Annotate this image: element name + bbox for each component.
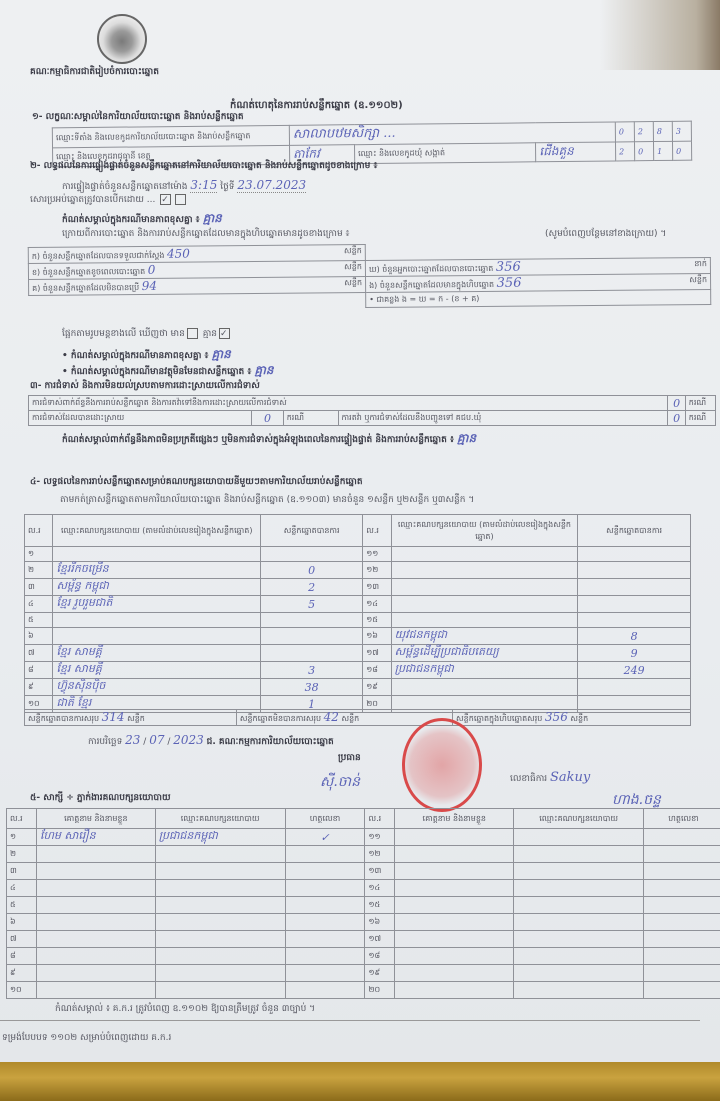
row-no: ៨: [25, 662, 53, 679]
party-name: ប្រជាជនកម្ពុជា: [391, 662, 578, 679]
witness-name: [36, 863, 155, 880]
witness-party: [155, 982, 285, 999]
chair-label: ប្រធាន: [338, 752, 361, 765]
location-code-digit: 3: [672, 121, 691, 141]
witness-name: [36, 931, 155, 948]
party-votes: 8: [578, 628, 691, 645]
seal-checkbox-no[interactable]: [175, 194, 186, 205]
witness-party: [155, 880, 285, 897]
row-no: ២: [25, 562, 53, 579]
witness-party: [155, 965, 285, 982]
seal-line: សោរប្រអប់ឆ្នោតត្រូវបានបើកដោយ ... ✓: [30, 194, 188, 207]
witness-signature: [644, 914, 720, 931]
witness-name: [395, 897, 514, 914]
witness-name: [395, 982, 514, 999]
row-no: ១៦: [363, 628, 391, 645]
table-row: ៧ខ្មែរ សាមគ្គី១៧សម្ព័ន្ធដើម្បីប្រជាធិបតេ…: [25, 645, 691, 662]
witness-party: [155, 897, 285, 914]
witness-signature: [285, 931, 365, 948]
party-votes: [578, 562, 691, 579]
section1-title: ១- លក្ខណៈសម្គាល់នៃការិយាល័យបោះឆ្នោត និងរ…: [32, 111, 244, 124]
total-valid: សន្លឹកឆ្នោតបានការសរុប 314 សន្លឹក: [25, 710, 237, 726]
col-party: ឈ្មោះគណបក្សនយោបាយ: [514, 809, 644, 829]
row-no: ៥: [25, 613, 53, 628]
party-votes: [578, 547, 691, 562]
col-no: ល.រ: [363, 515, 391, 547]
row-no: ១៥: [365, 897, 395, 914]
objection-row1-label: ការជំទាស់ពាក់ព័ន្ធនឹងការរាប់សន្លឹកឆ្នោត …: [29, 396, 668, 411]
party-votes: 9: [578, 645, 691, 662]
col-no: ល.រ: [25, 515, 53, 547]
witness-name: [36, 965, 155, 982]
divider: [0, 1020, 700, 1021]
witness-signature: [644, 846, 720, 863]
secretary-line: លេខាធិការ Sakuy: [510, 770, 590, 786]
witness-signature: [644, 965, 720, 982]
row-no: ៧: [25, 645, 53, 662]
section5-footnote: កំណត់សម្គាល់ ៖ គ.ក.រ ត្រូវបំពេញ ឧ.១១០២ ឱ…: [55, 1003, 315, 1016]
witness-name: [36, 982, 155, 999]
verify-date: 23.07.2023: [237, 178, 306, 193]
row-no: ១៨: [365, 948, 395, 965]
table-row: ១០២០: [7, 982, 720, 999]
row-no: ១៧: [363, 645, 391, 662]
row-no: ១២: [365, 846, 395, 863]
commune-code-digit: 1: [653, 141, 672, 160]
col-name: គោត្តនាម និងនាមខ្លួន: [395, 809, 514, 829]
col-no: ល.រ: [365, 809, 395, 829]
section4-title: ៤- លទ្ធផលនៃការរាប់សន្លឹកឆ្នោតសម្រាប់គណបក…: [30, 476, 363, 489]
note-value: គ្មាន: [203, 211, 222, 225]
row-no: ១៦: [365, 914, 395, 931]
objection-row2-label: ការជំទាស់ដែលបានដោះស្រាយ: [29, 411, 252, 426]
compare-no-checkbox[interactable]: ✓: [219, 328, 230, 339]
row-no: ១១: [363, 547, 391, 562]
row-no: ១៩: [363, 679, 391, 696]
witness-signature: [644, 863, 720, 880]
witness-signature: [285, 965, 365, 982]
document-page: គណៈកម្មាធិការជាតិរៀបចំការបោះឆ្នោត កំណត់ហ…: [0, 0, 720, 1065]
row-no: ១: [25, 547, 53, 562]
witness-signature: [285, 914, 365, 931]
totals-table: សន្លឹកឆ្នោតបានការសរុប 314 សន្លឹក សន្លឹកឆ…: [24, 709, 691, 726]
committee-name: គណៈកម្មាធិការជាតិរៀបចំការបោះឆ្នោត: [30, 66, 159, 79]
witness-signature: [644, 948, 720, 965]
col-party: ឈ្មោះគណបក្សនយោបាយ (តាមលំដាប់លេខរៀងក្នុងស…: [53, 515, 261, 547]
witness-signature: [285, 880, 365, 897]
bullet2: • កំណត់សម្គាល់ក្នុងករណីមានវត្ថុមិនមែនជាស…: [62, 362, 274, 380]
table-row: ៩១៩: [7, 965, 720, 982]
party-name: [53, 547, 261, 562]
row-no: ៦: [7, 914, 37, 931]
section5-title: ៥- សាក្សី ÷ ភ្នាក់ងារគណបក្សនយោបាយ: [30, 792, 171, 805]
party-name: [391, 596, 578, 613]
witness-party: [514, 846, 644, 863]
row-no: ៦: [25, 628, 53, 645]
witness-party: [514, 965, 644, 982]
row-no: ១១: [365, 829, 395, 846]
objection-row2b-unit: ករណី: [685, 411, 715, 426]
seal-label: សោរប្រអប់ឆ្នោតត្រូវបានបើកដោយ ...: [30, 195, 155, 205]
table-row: ៥១៥: [7, 897, 720, 914]
witness-name: [36, 914, 155, 931]
witness-party: [514, 982, 644, 999]
witness-party: [514, 863, 644, 880]
table-row: ១១១: [25, 547, 691, 562]
col-party: ឈ្មោះគណបក្សនយោបាយ: [155, 809, 285, 829]
party-name: [391, 547, 578, 562]
table-row: ៦១៦: [7, 914, 720, 931]
col-sign: ហត្ថលេខា: [285, 809, 365, 829]
witness-name: [395, 914, 514, 931]
commune-label: ឈ្មោះ និងលេខកូដឃុំ សង្កាត់: [355, 143, 536, 164]
witness-name: [36, 846, 155, 863]
table-row: ៦១៦យុវជនកម្ពុជា8: [25, 628, 691, 645]
party-votes: 249: [578, 662, 691, 679]
party-votes: [578, 579, 691, 596]
row-no: ៧: [7, 931, 37, 948]
witness-name: ហែម សារឿន: [36, 829, 155, 846]
party-votes: 0: [261, 562, 363, 579]
party-votes: [578, 596, 691, 613]
party-votes: [261, 645, 363, 662]
row-no: ១៥: [363, 613, 391, 628]
row-no: ៥: [7, 897, 37, 914]
objection-table: ការជំទាស់ពាក់ព័ន្ធនឹងការរាប់សន្លឹកឆ្នោត …: [28, 395, 716, 426]
objection-row2-unit: ករណី: [283, 411, 338, 426]
party-name: ខ្មែររីកចម្រើន: [53, 562, 261, 579]
witness-party: [514, 914, 644, 931]
party-votes: 38: [261, 679, 363, 696]
witness-party: [155, 948, 285, 965]
form-title: កំណត់ហេតុនៃការរាប់សន្លឹកឆ្នោត (ឧ.១១០២): [230, 98, 403, 113]
row-no: ៤: [7, 880, 37, 897]
compare-yes-checkbox[interactable]: [187, 328, 198, 339]
row-no: ១: [7, 829, 37, 846]
witness-signature: [644, 829, 720, 846]
objection-row2-value: 0: [252, 411, 283, 426]
party-votes: [261, 547, 363, 562]
table-row: ១ហែម សារឿនប្រជាជនកម្ពុជា✓១១: [7, 829, 720, 846]
table-row: ៣សម្ព័ន្ធ កម្ពុជា2១៣: [25, 579, 691, 596]
province-code-digit: 2: [615, 142, 634, 161]
count-table: ក) ចំនួនសន្លឹកឆ្នោតដែលបានទទួលជាក់ស្តែង 4…: [28, 241, 712, 311]
witness-table: ល.រ គោត្តនាម និងនាមខ្លួន ឈ្មោះគណបក្សនយោប…: [6, 808, 720, 999]
witness-party: [514, 829, 644, 846]
row-no: ៨: [7, 948, 37, 965]
witness-signature: [285, 863, 365, 880]
location-code-digit: 2: [634, 122, 653, 142]
row-no: ៩: [25, 679, 53, 696]
party-name: [53, 613, 261, 628]
table-row: ៣១៣: [7, 863, 720, 880]
witness-signature: [644, 931, 720, 948]
row-no: ៣: [7, 863, 37, 880]
objection-row2b-label: ការតវ៉ា ឬការជំទាស់ដែលនឹងបញ្ជូនទៅ គជប.ឃុំ: [338, 411, 668, 426]
witness-party: [155, 846, 285, 863]
row-no: ១៨: [363, 662, 391, 679]
row-no: ១៩: [365, 965, 395, 982]
verify-time: 3:15: [190, 178, 217, 193]
col-no: ល.រ: [7, 809, 37, 829]
party-name: ខ្មែរ រួបរួមជាតិ: [53, 596, 261, 613]
formula-row: • ជាគន្លង ង = ឃ = ក - (ខ + គ): [366, 290, 711, 308]
witness-name: [395, 863, 514, 880]
party-name: សម្ព័ន្ធ កម្ពុជា: [53, 579, 261, 596]
table-surface: [0, 1062, 720, 1101]
table-row: ៩ហ៊្វុនស៊ិនប៉ិច38១៩: [25, 679, 691, 696]
party-name: សម្ព័ន្ធដើម្បីប្រជាធិបតេយ្យ: [391, 645, 578, 662]
row-no: ១៧: [365, 931, 395, 948]
table-row: ៤១៤: [7, 880, 720, 897]
witness-signature: [285, 982, 365, 999]
witness-signature: [644, 897, 720, 914]
witness-signature: [285, 897, 365, 914]
witness-party: [514, 948, 644, 965]
party-name: [391, 562, 578, 579]
witness-party: [514, 897, 644, 914]
party-votes: [578, 613, 691, 628]
table-row: ២ខ្មែររីកចម្រើន0១២: [25, 562, 691, 579]
row-no: ១៣: [363, 579, 391, 596]
party-name: [391, 613, 578, 628]
hint-text: (សូមបំពេញបន្ថែមនៅខាងក្រោយ) ។: [545, 228, 666, 241]
footer-text: ទម្រង់បែបបទ ១១០២ សម្រាប់បំពេញដោយ គ.ក.រ: [2, 1032, 171, 1045]
note-line: កំណត់សម្គាល់ក្នុងករណីមានភាពខុសគ្នា ៖ គ្ម…: [62, 210, 222, 228]
witness-party: [155, 931, 285, 948]
row-no: ២០: [365, 982, 395, 999]
row-no: ១៣: [365, 863, 395, 880]
note-label: កំណត់សម្គាល់ក្នុងករណីមានភាពខុសគ្នា ៖: [62, 215, 200, 225]
witness-name: [395, 829, 514, 846]
objection-row1-unit: ករណី: [685, 396, 715, 411]
witness-party: [155, 863, 285, 880]
party-votes: [578, 679, 691, 696]
chair-signature: ស៊ី.ចាន់: [320, 772, 360, 793]
witness-name: [395, 880, 514, 897]
total-invalid: សន្លឹកឆ្នោតមិនបានការសរុប 42 សន្លឹក: [236, 710, 452, 726]
row-no: ១២: [363, 562, 391, 579]
compare-line: ផ្អែកតាមរូបមន្តខាងលើ ឃើញថា មាន គ្មាន✓: [62, 328, 232, 341]
witness-signature: [644, 982, 720, 999]
location-code-digit: 8: [653, 121, 672, 141]
party-votes: [261, 628, 363, 645]
party-name: ខ្មែរ សាមគ្គី: [53, 662, 261, 679]
col-party: ឈ្មោះគណបក្សនយោបាយ (តាមលំដាប់លេខរៀងក្នុងស…: [391, 515, 578, 547]
verify-line: ការផ្ទៀងផ្ទាត់ចំនួនសន្លឹកឆ្នោតនៅម៉ោង 3:1…: [62, 178, 306, 194]
row-no: ១៤: [363, 596, 391, 613]
objection-row1-value: 0: [668, 396, 685, 411]
table-row: ៧១៧: [7, 931, 720, 948]
commune-code-digit: 0: [634, 142, 653, 161]
section2-title: ២- លទ្ធផលនៃការផ្ទៀងផ្ទាត់ចំនួនសន្លឹកឆ្នោ…: [30, 160, 377, 173]
party-votes: [261, 613, 363, 628]
commune-code-digit: 0: [672, 141, 691, 160]
location-label: ឈ្មោះទីតាំង និងលេខកូដការិយាល័យបោះឆ្នោត ន…: [52, 125, 289, 147]
witness-signature: [285, 846, 365, 863]
witness-party: ប្រជាជនកម្ពុជា: [155, 829, 285, 846]
witness-name: [395, 931, 514, 948]
party-name: ខ្មែរ សាមគ្គី: [53, 645, 261, 662]
witness-party: [514, 880, 644, 897]
col-valid: សន្លឹកឆ្នោតបានការ: [578, 515, 691, 547]
row-no: ១៤: [365, 880, 395, 897]
verify-label: ការផ្ទៀងផ្ទាត់ចំនួនសន្លឹកឆ្នោតនៅម៉ោង: [62, 182, 188, 192]
total-in-box: សន្លឹកឆ្នោតក្នុងហិបឆ្នោតសរុប 356 សន្លឹក: [453, 710, 691, 726]
witness-name: [395, 965, 514, 982]
row-no: ៩: [7, 965, 37, 982]
party-name: [53, 628, 261, 645]
witness-signature: [644, 880, 720, 897]
col-sign: ហត្ថលេខា: [644, 809, 720, 829]
row-no: ១០: [7, 982, 37, 999]
verify-date-label: ថ្ងៃទី: [220, 182, 234, 192]
witness-name: [36, 880, 155, 897]
party-results-table: ល.រ ឈ្មោះគណបក្សនយោបាយ (តាមលំដាប់លេខរៀងក្…: [24, 514, 691, 713]
date-line: ការបរិច្ឆេទ 23 / 07 / 2023 ជ. គណៈកម្មការ…: [88, 733, 334, 749]
party-votes: 3: [261, 662, 363, 679]
table-row: ២១២: [7, 846, 720, 863]
row-no: ៣: [25, 579, 53, 596]
section3-title: ៣- ការជំទាស់ និងការមិនយល់ស្របតាមការដោះស្…: [30, 380, 260, 393]
party-name: យុវជនកម្ពុជា: [391, 628, 578, 645]
party-name: [391, 679, 578, 696]
objection-row2b-value: 0: [668, 411, 685, 426]
witness-name: [36, 948, 155, 965]
official-stamp-icon: [402, 718, 482, 812]
col-valid: សន្លឹកឆ្នោតបានការ: [261, 515, 363, 547]
table-row: ៤ខ្មែរ រួបរួមជាតិ5១៤: [25, 596, 691, 613]
party-votes: 5: [261, 596, 363, 613]
result-intro: ក្រោយពីការបោះឆ្នោត និងការរាប់សន្លឹកឆ្នោត…: [62, 228, 350, 241]
party-votes: 2: [261, 579, 363, 596]
witness-name: [36, 897, 155, 914]
row-no: ៤: [25, 596, 53, 613]
commune-value: ជើងគួន: [536, 142, 616, 162]
section3-note: កំណត់សម្គាល់ពាក់ព័ន្ធនឹងភាពមិនប្រក្រតីផ្…: [62, 430, 476, 448]
party-name: [391, 579, 578, 596]
witness-signature: ✓: [285, 829, 365, 846]
section4-subtitle: តាមកត់ត្រាសន្លឹកឆ្នោតតាមការិយាល័យបោះឆ្នោ…: [60, 494, 474, 507]
nec-seal-icon: [97, 14, 147, 64]
table-row: ៨១៨: [7, 948, 720, 965]
witness-name: [395, 846, 514, 863]
witness-signature: [285, 948, 365, 965]
witness-party: [155, 914, 285, 931]
witness-party: [514, 931, 644, 948]
witness-name: [395, 948, 514, 965]
col-name: គោត្តនាម និងនាមខ្លួន: [36, 809, 155, 829]
row-no: ២: [7, 846, 37, 863]
table-row: ៥១៥: [25, 613, 691, 628]
party-name: ហ៊្វុនស៊ិនប៉ិច: [53, 679, 261, 696]
seal-checkbox[interactable]: ✓: [160, 194, 171, 205]
table-row: ៨ខ្មែរ សាមគ្គី3១៨ប្រជាជនកម្ពុជា249: [25, 662, 691, 679]
page-shadow: [600, 0, 720, 70]
location-code-digit: 0: [615, 122, 634, 142]
